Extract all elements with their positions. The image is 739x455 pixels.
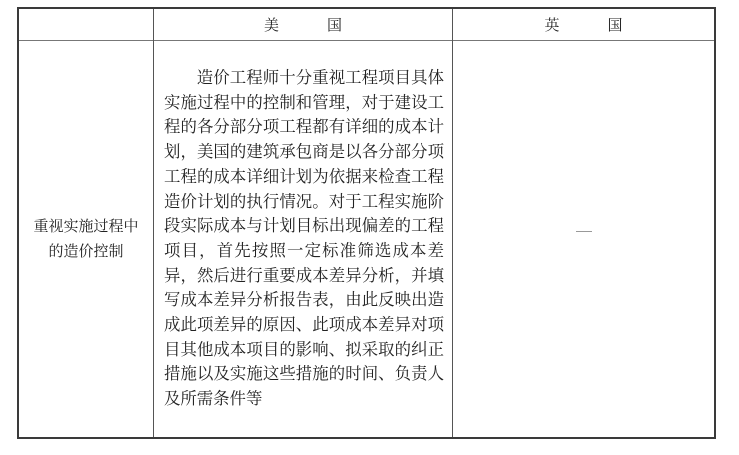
uk-cell [453,40,714,437]
header-uk-char-2: 国 [608,14,623,35]
empty-dash [576,231,592,232]
header-uk-char-1: 英 [544,14,559,35]
header-cell-usa: 美 国 [154,9,452,40]
header-cell-uk: 英 国 [453,9,714,40]
usa-cell: 造价工程师十分重视工程项目具体实施过程中的控制和管理，对于建设工程的各分部分项工… [154,40,452,437]
row-label-cell: 重视实施过程中 的造价控制 [19,40,153,437]
header-usa-char-1: 美 [264,14,279,35]
header-cell-empty [19,9,153,40]
header-usa-char-2: 国 [327,14,342,35]
row-label-line-1: 重视实施过程中 [26,214,146,239]
usa-description: 造价工程师十分重视工程项目具体实施过程中的控制和管理，对于建设工程的各分部分项工… [164,66,444,412]
row-label-line-2: 的造价控制 [26,239,146,264]
comparison-table: 美 国 英 国 重视实施过程中 的造价控制 造价工程师十分重视工程项目具体实施过… [17,7,716,439]
